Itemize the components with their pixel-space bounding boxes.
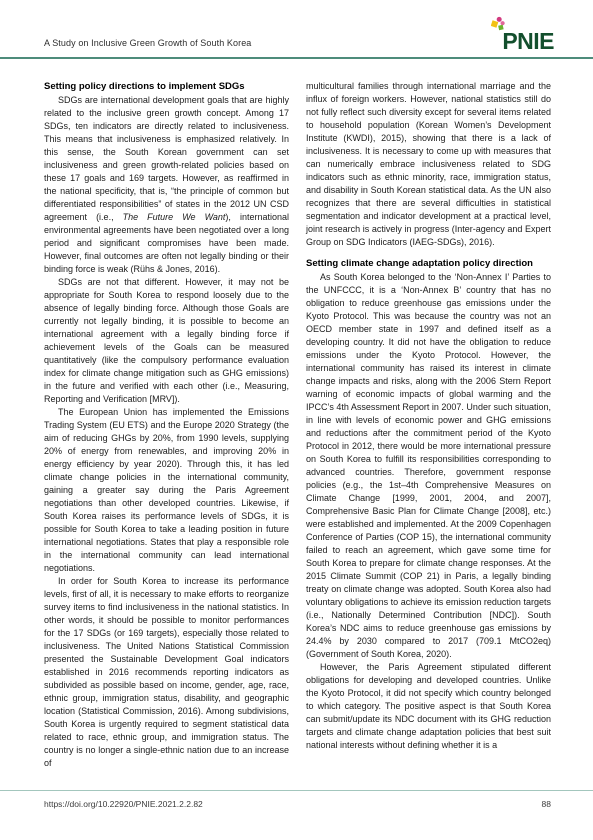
column-left: Setting policy directions to implement S…	[44, 80, 289, 770]
doi-link[interactable]: https://doi.org/10.22920/PNIE.2021.2.2.8…	[44, 799, 203, 809]
paragraph: In order for South Korea to increase its…	[44, 575, 289, 770]
page-number: 88	[542, 799, 551, 809]
italic-citation-title: The Future We Want	[123, 212, 226, 222]
pnie-logo-text: PNIE	[502, 30, 554, 53]
journal-page: A Study on Inclusive Green Growth of Sou…	[0, 0, 593, 840]
running-title: A Study on Inclusive Green Growth of Sou…	[44, 38, 251, 48]
page-footer: https://doi.org/10.22920/PNIE.2021.2.2.8…	[44, 799, 551, 809]
column-right: multicultural families through internati…	[306, 80, 551, 770]
paragraph: The European Union has implemented the E…	[44, 406, 289, 575]
article-body: Setting policy directions to implement S…	[44, 80, 551, 770]
paragraph-text: SDGs are international development goals…	[44, 95, 289, 222]
paragraph: SDGs are not that different. However, it…	[44, 276, 289, 406]
section-heading-climate-adaptation: Setting climate change adaptation policy…	[306, 257, 551, 270]
pnie-logo: PNIE	[484, 13, 554, 53]
section-heading-sdg-policy: Setting policy directions to implement S…	[44, 80, 289, 93]
paragraph: multicultural families through internati…	[306, 80, 551, 249]
paragraph: However, the Paris Agreement stipulated …	[306, 661, 551, 752]
paragraph: SDGs are international development goals…	[44, 94, 289, 276]
footer-divider	[0, 790, 593, 791]
paragraph: As South Korea belonged to the ‘Non-Anne…	[306, 271, 551, 661]
header-divider	[0, 57, 593, 59]
